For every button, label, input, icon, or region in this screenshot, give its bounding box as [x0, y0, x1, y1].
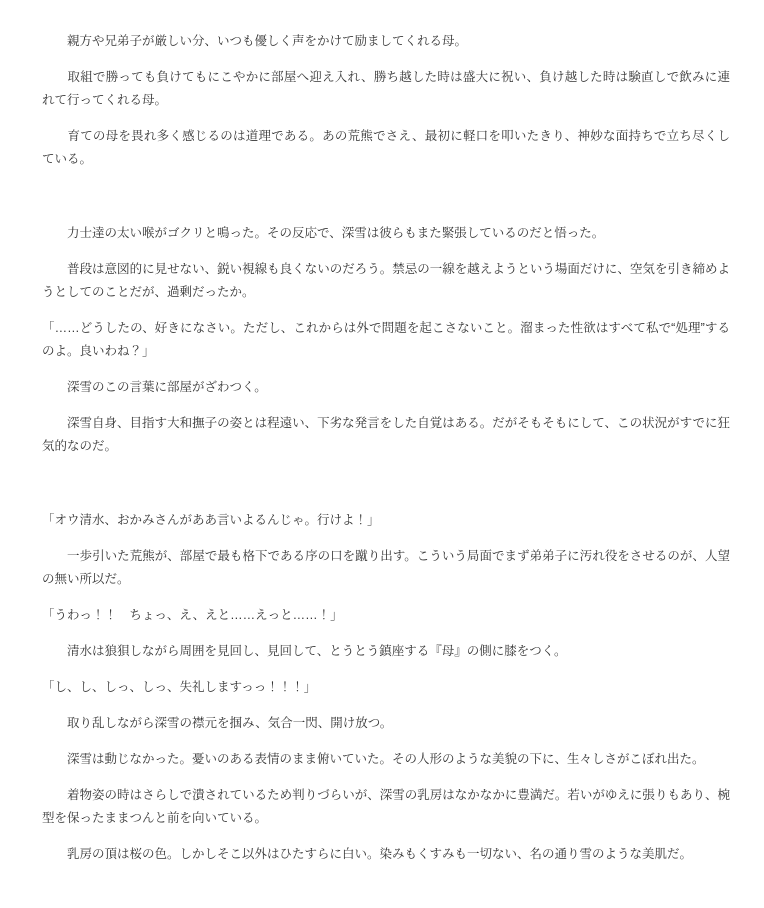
narrative-paragraph: 普段は意図的に見せない、鋭い視線も良くないのだろう。禁忌の一線を越えようという場…: [42, 258, 730, 304]
narrative-paragraph: 深雪のこの言葉に部屋がざわつく。: [42, 376, 730, 399]
dialogue-paragraph: 「うわっ！！ ちょっ、え、えと……えっと……！」: [42, 604, 730, 627]
narrative-paragraph: 着物姿の時はさらしで潰されているため判りづらいが、深雪の乳房はなかなかに豊満だ。…: [42, 784, 730, 830]
narrative-paragraph: 深雪自身、目指す大和撫子の姿とは程遠い、下劣な発言をした自覚はある。だがそもそも…: [42, 412, 730, 458]
scene-break: [42, 184, 730, 222]
narrative-paragraph: 深雪は動じなかった。憂いのある表情のまま俯いていた。その人形のような美貌の下に、…: [42, 748, 730, 771]
narrative-paragraph: 力士達の太い喉がゴクリと鳴った。その反応で、深雪は彼らもまた緊張しているのだと悟…: [42, 222, 730, 245]
scene-break: [42, 471, 730, 509]
narrative-paragraph: 乳房の頂は桜の色。しかしそこ以外はひたすらに白い。染みもくすみも一切ない、名の通…: [42, 843, 730, 866]
narrative-paragraph: 親方や兄弟子が厳しい分、いつも優しく声をかけて励ましてくれる母。: [42, 30, 730, 53]
narrative-paragraph: 取組で勝っても負けてもにこやかに部屋へ迎え入れ、勝ち越した時は盛大に祝い、負け越…: [42, 66, 730, 112]
narrative-paragraph: 育ての母を畏れ多く感じるのは道理である。あの荒熊でさえ、最初に軽口を叩いたきり、…: [42, 125, 730, 171]
narrative-paragraph: 清水は狼狽しながら周囲を見回し、見回して、とうとう鎮座する『母』の側に膝をつく。: [42, 640, 730, 663]
dialogue-paragraph: 「……どうしたの、好きになさい。ただし、これからは外で問題を起こさないこと。溜ま…: [42, 317, 730, 363]
dialogue-paragraph: 「オウ清水、おかみさんがああ言いよるんじゃ。行けよ！」: [42, 509, 730, 532]
dialogue-paragraph: 「し、し、しっ、しっ、失礼しますっっ！！！」: [42, 676, 730, 699]
novel-text-page: 親方や兄弟子が厳しい分、いつも優しく声をかけて励ましてくれる母。 取組で勝っても…: [0, 0, 764, 908]
narrative-paragraph: 取り乱しながら深雪の襟元を掴み、気合一閃、開け放つ。: [42, 712, 730, 735]
narrative-paragraph: 一歩引いた荒熊が、部屋で最も格下である序の口を蹴り出す。こういう局面でまず弟弟子…: [42, 545, 730, 591]
